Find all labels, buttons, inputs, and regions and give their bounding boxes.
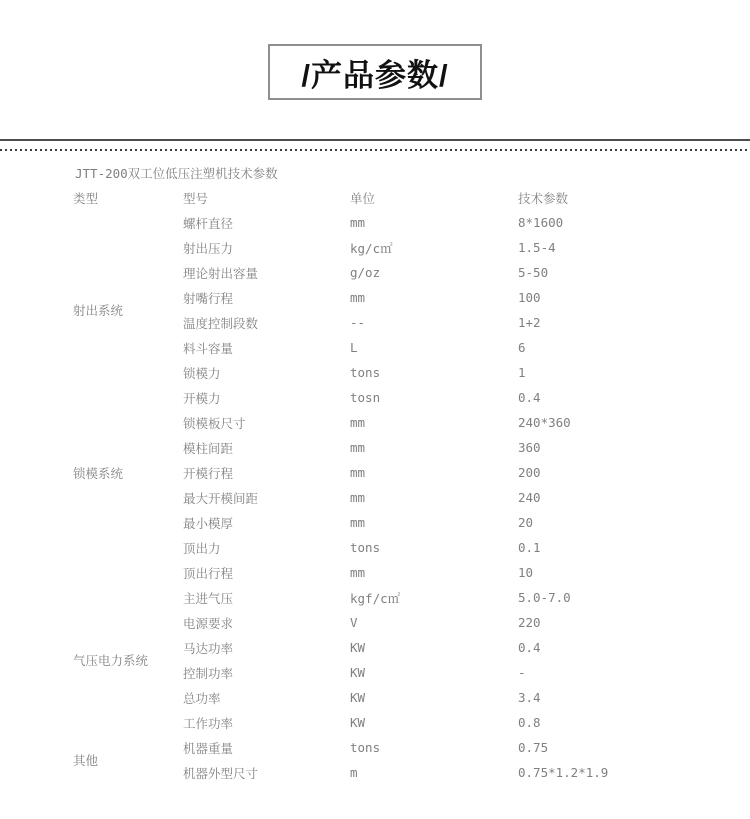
param-cell: 马达功率: [183, 635, 350, 660]
unit-cell: L: [350, 335, 518, 360]
category-cell: 射出系统: [73, 210, 183, 410]
unit-cell: mm: [350, 285, 518, 310]
unit-cell: kg/c㎡: [350, 235, 518, 260]
value-cell: 1.5-4: [518, 235, 750, 260]
spec-table-caption: JTT-200双工位低压注塑机技术参数: [75, 166, 278, 181]
value-cell: 6: [518, 335, 750, 360]
value-cell: 10: [518, 560, 750, 585]
product-spec-page: /产品参数/ JTT-200双工位低压注塑机技术参数 类型型号单位技术参数射出系…: [0, 0, 750, 819]
value-cell: 0.1: [518, 535, 750, 560]
value-cell: 5-50: [518, 260, 750, 285]
value-cell: 8*1600: [518, 210, 750, 235]
spec-table: 类型型号单位技术参数射出系统螺杆直径mm8*1600射出压力kg/c㎡1.5-4…: [73, 185, 750, 785]
value-cell: 20: [518, 510, 750, 535]
param-cell: 总功率: [183, 685, 350, 710]
value-cell: -: [518, 660, 750, 685]
value-cell: 220: [518, 610, 750, 635]
param-cell: 射嘴行程: [183, 285, 350, 310]
category-cell: 其他: [73, 735, 183, 785]
unit-cell: tosn: [350, 385, 518, 410]
header-cell-0: 类型: [73, 185, 183, 210]
page-title: /产品参数/: [301, 50, 448, 95]
param-cell: 控制功率: [183, 660, 350, 685]
unit-cell: mm: [350, 435, 518, 460]
table-row: 锁模系统锁模板尺寸mm240*360: [73, 410, 750, 435]
param-cell: 锁模板尺寸: [183, 410, 350, 435]
value-cell: 200: [518, 460, 750, 485]
value-cell: 0.4: [518, 385, 750, 410]
param-cell: 最小模厚: [183, 510, 350, 535]
unit-cell: V: [350, 610, 518, 635]
unit-cell: KW: [350, 685, 518, 710]
divider-solid-rule: [0, 139, 750, 141]
header-cell-2: 单位: [350, 185, 518, 210]
value-cell: 1: [518, 360, 750, 385]
table-row: 顶出力tons0.1: [73, 535, 750, 560]
product-params-title-box: /产品参数/: [268, 44, 482, 100]
table-row: 气压电力系统主进气压kgf/c㎡5.0-7.0: [73, 585, 750, 610]
table-row: 射出系统螺杆直径mm8*1600: [73, 210, 750, 235]
param-cell: 螺杆直径: [183, 210, 350, 235]
unit-cell: mm: [350, 460, 518, 485]
divider-dotted-rule: [0, 149, 750, 151]
value-cell: 0.75: [518, 735, 750, 760]
unit-cell: g/oz: [350, 260, 518, 285]
unit-cell: --: [350, 310, 518, 335]
param-cell: 射出压力: [183, 235, 350, 260]
category-cell: 锁模系统: [73, 410, 183, 535]
unit-cell: mm: [350, 510, 518, 535]
table-row: 其他机器重量tons0.75: [73, 735, 750, 760]
unit-cell: tons: [350, 360, 518, 385]
param-cell: 开模行程: [183, 460, 350, 485]
header-cell-1: 型号: [183, 185, 350, 210]
unit-cell: tons: [350, 735, 518, 760]
unit-cell: m: [350, 760, 518, 785]
value-cell: 0.75*1.2*1.9: [518, 760, 750, 785]
param-cell: 主进气压: [183, 585, 350, 610]
unit-cell: mm: [350, 560, 518, 585]
unit-cell: mm: [350, 485, 518, 510]
unit-cell: mm: [350, 410, 518, 435]
category-cell-empty: [73, 535, 183, 585]
value-cell: 240: [518, 485, 750, 510]
param-cell: 顶出力: [183, 535, 350, 560]
category-cell: 气压电力系统: [73, 585, 183, 735]
value-cell: 5.0-7.0: [518, 585, 750, 610]
param-cell: 料斗容量: [183, 335, 350, 360]
value-cell: 1+2: [518, 310, 750, 335]
param-cell: 机器重量: [183, 735, 350, 760]
param-cell: 理论射出容量: [183, 260, 350, 285]
value-cell: 0.4: [518, 635, 750, 660]
value-cell: 3.4: [518, 685, 750, 710]
value-cell: 100: [518, 285, 750, 310]
param-cell: 温度控制段数: [183, 310, 350, 335]
param-cell: 模柱间距: [183, 435, 350, 460]
unit-cell: mm: [350, 210, 518, 235]
unit-cell: tons: [350, 535, 518, 560]
header-cell-3: 技术参数: [518, 185, 750, 210]
unit-cell: KW: [350, 710, 518, 735]
unit-cell: KW: [350, 660, 518, 685]
param-cell: 最大开模间距: [183, 485, 350, 510]
param-cell: 电源要求: [183, 610, 350, 635]
unit-cell: kgf/c㎡: [350, 585, 518, 610]
header-row: 类型型号单位技术参数: [73, 185, 750, 210]
param-cell: 顶出行程: [183, 560, 350, 585]
param-cell: 锁模力: [183, 360, 350, 385]
value-cell: 360: [518, 435, 750, 460]
unit-cell: KW: [350, 635, 518, 660]
param-cell: 工作功率: [183, 710, 350, 735]
value-cell: 240*360: [518, 410, 750, 435]
value-cell: 0.8: [518, 710, 750, 735]
param-cell: 开模力: [183, 385, 350, 410]
param-cell: 机器外型尺寸: [183, 760, 350, 785]
